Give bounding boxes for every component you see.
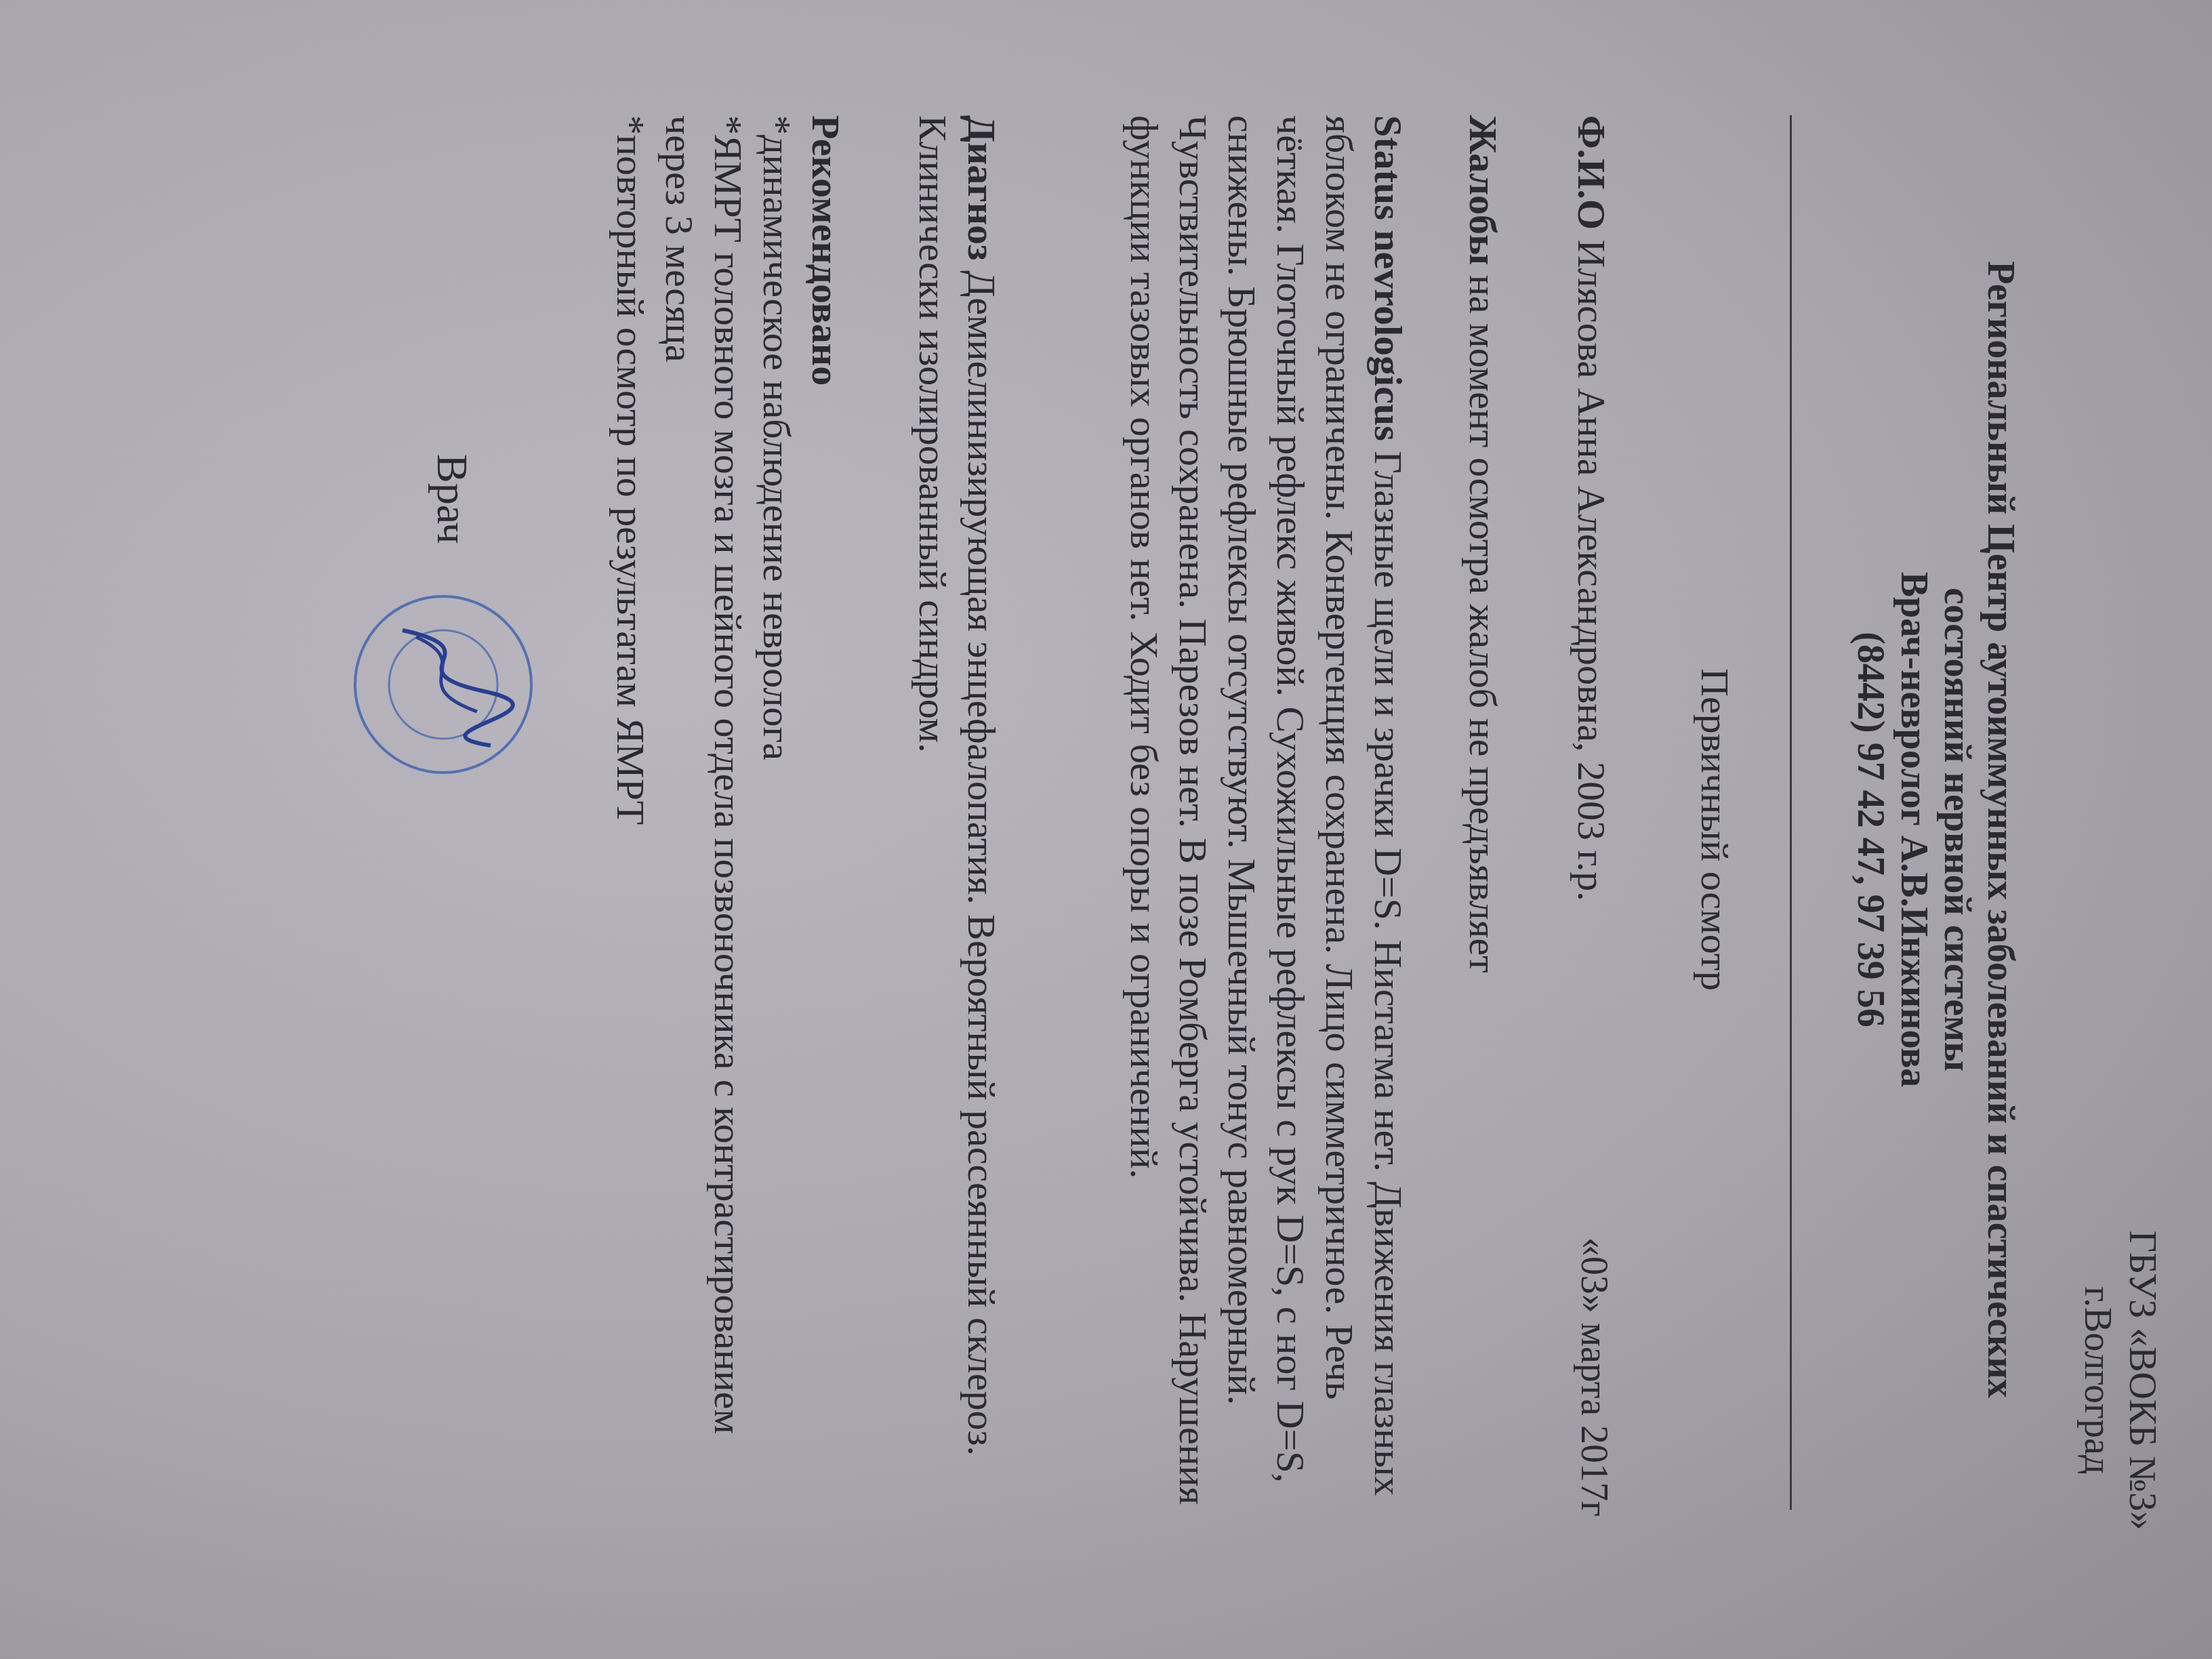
- patient-label: Ф.И.О: [1570, 115, 1614, 230]
- center-name: Региональный Центр аутоиммунных заболева…: [1979, 0, 2022, 1659]
- patient-row: Ф.И.О Илясова Анна Александровна, 2003 г…: [1567, 115, 1616, 1523]
- institution-name: ГБУЗ «ВОКБ №3»: [2120, 1231, 2165, 1530]
- recommendation-item: *динамическое наблюдение невролога: [752, 115, 801, 1523]
- complaints-value: на момент осмотра жалоб не предъявляет: [1461, 275, 1505, 973]
- institution-header: ГБУЗ «ВОКБ №3» г.Волгоград: [2075, 1231, 2165, 1530]
- status-label: Status nevrologicus: [1366, 115, 1410, 441]
- diagnosis-label: Диагноз: [960, 115, 1004, 260]
- header-divider: [1790, 115, 1792, 1510]
- center-header: Региональный Центр аутоиммунных заболева…: [1849, 0, 2022, 1659]
- recommendations-label: Рекомендовано: [804, 115, 848, 386]
- complaints-row: Жалобы на момент осмотра жалоб не предъя…: [1458, 115, 1507, 1523]
- center-name-cont: состояний нервной системы: [1935, 0, 1979, 1659]
- diagnosis-value: Демиелинизирующая энцефалопатия. Вероятн…: [911, 115, 1004, 1456]
- doctor-name: Врач-невролог А.В.Инжинова: [1892, 0, 1935, 1659]
- recommendation-item: *повторный осмотр по результатам ЯМРТ: [606, 115, 655, 1523]
- phone-numbers: (8442) 97 42 47, 97 39 56: [1849, 0, 1892, 1659]
- stamp-icon: [348, 590, 538, 779]
- patient-value: Илясова Анна Александровна, 2003 г.р.: [1570, 240, 1614, 901]
- document-page: ГБУЗ «ВОКБ №3» г.Волгоград Региональный …: [0, 0, 2212, 1659]
- document-title: Первичный осмотр: [1692, 0, 1738, 1659]
- recommendations-block: Рекомендовано *динамическое наблюдение н…: [606, 115, 850, 1523]
- complaints-label: Жалобы: [1461, 115, 1505, 265]
- status-row: Status nevrologicus Глазные щели и зрачк…: [1120, 115, 1412, 1523]
- institution-city: г.Волгоград: [2075, 1231, 2120, 1530]
- sheet: ГБУЗ «ВОКБ №3» г.Волгоград Региональный …: [0, 0, 2212, 1659]
- signature-label: Врач: [427, 454, 477, 544]
- recommendation-item: *ЯМРТ головного мозга и шейного отдела п…: [655, 115, 752, 1523]
- diagnosis-row: Диагноз Демиелинизирующая энцефалопатия.…: [908, 115, 1006, 1523]
